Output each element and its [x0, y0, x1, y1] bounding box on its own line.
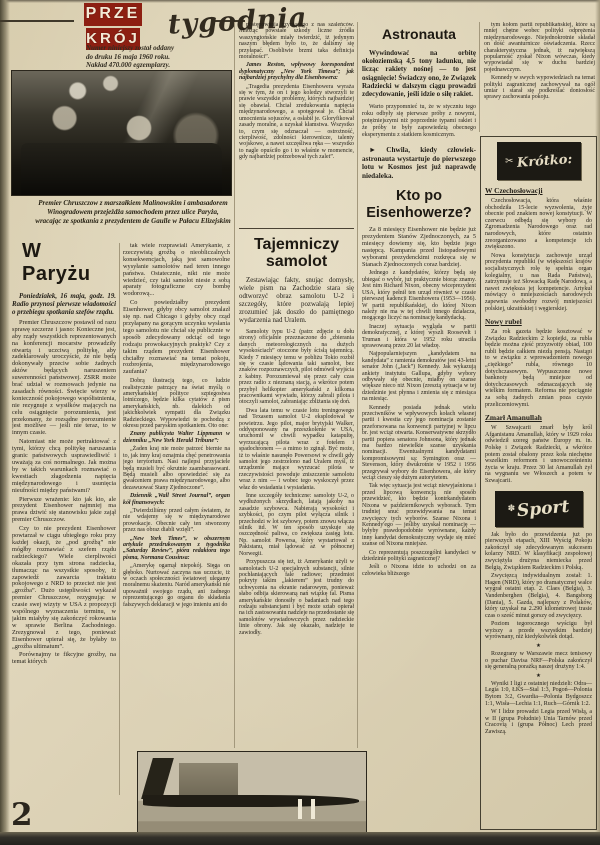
section-title-zmarl-amanullah: Zmarł Amanullah — [485, 413, 592, 422]
paragraph: Czechosłowacja, która właśnie obchodziła… — [485, 198, 592, 251]
section-title-nowy-rubel: Nowy rubel — [485, 317, 592, 326]
paragraph: postępowania czyniącego z nas szaleńców.… — [239, 22, 354, 60]
paragraph: Poziom tegorocznego wyścigu był wyższy a… — [485, 621, 592, 641]
paragraph: Nowa konstytucja zachowuje urząd prezyde… — [485, 253, 592, 312]
paragraph: W Szwajcarii zmarł były król Afganistanu… — [485, 425, 592, 484]
paragraph: Premier Chruszczow postawił od razu spra… — [12, 320, 116, 437]
paragraph: Zwycięzcą indywidualnym został: 1. Hagen… — [485, 573, 592, 619]
press-quote: „Twierdziliśmy przed całym światem, że n… — [123, 508, 230, 534]
page-edge-bottom — [0, 832, 600, 845]
car-shape — [21, 143, 222, 195]
headline-kto-po-eisenhowerze: Kto po Eisenhowerze? — [362, 188, 476, 221]
column-4: Astronauta Wywindować na orbitę okołozie… — [362, 22, 476, 834]
column-2: tak wiele rozprawiali Amerykanie, z rzec… — [123, 243, 230, 746]
quote-attribution: „New York Times”, w obszernym artykule p… — [123, 536, 230, 562]
paragraph: tym kołom partii republikańskiej, które … — [484, 22, 595, 73]
khrushchev-motorcade-photo — [12, 71, 231, 195]
motorcade-photo-caption: Premier Chruszczow z marszałkiem Malinow… — [34, 199, 232, 226]
paragraph: Jednego z kandydatów, którzy będą się ub… — [362, 270, 476, 321]
logo-block-prze: PRZE — [84, 3, 142, 26]
newspaper-page: PRZE KRÓJ tygodnia Numer niniejszy zosta… — [0, 0, 600, 845]
paragraph: Kennedy posiada jednak wielu przeciwnikó… — [362, 405, 476, 482]
column-rule-2 — [234, 22, 235, 748]
press-quote: „Amerykę ogarnął niepokój. Sięga on głęb… — [123, 563, 230, 608]
hangar-shape — [179, 763, 238, 796]
astronauta-note: Warto przypomnieć tu, że w styczniu tego… — [362, 104, 476, 139]
paragraph: Dwa lata temu w czasie lotu treningowego… — [239, 408, 354, 491]
paragraph: Co reprezentują poszczególni kandydaci w… — [362, 550, 476, 563]
person-figure — [298, 797, 302, 819]
paragraph: Tak więc sytuacja jest wciąż niewyjaśnio… — [362, 483, 476, 547]
star-separator-icon: ★ — [485, 643, 592, 650]
sport-logo: ✽ Sport — [495, 491, 583, 527]
print-note-line3: Nakład 470.000 egzemplarzy. — [86, 61, 246, 70]
astronauta-lead: Wywindować na orbitę okołoziemską 4,5 to… — [362, 49, 476, 98]
paragraph: Jeśli o Nixona idzie to uchodzi on za cz… — [362, 564, 476, 577]
paragraph: Inaczej sytuacja wygląda w partii demokr… — [362, 324, 476, 350]
column-rule-1 — [119, 243, 120, 795]
paragraph: Samoloty typu U-2 (patrz zdjęcie u dołu … — [239, 329, 354, 406]
paragraph: Jak było do przewidzenia już po pierwszy… — [485, 532, 592, 572]
column-5-top: tym kołom partii republikańskiej, które … — [484, 22, 595, 134]
paragraph: Przypuszcza się też, iż Amerykanie użyli… — [239, 559, 354, 636]
column-1: W Paryżu Poniedziałek, 16 maja, godz. 19… — [12, 238, 116, 796]
person-figure — [311, 797, 315, 819]
paragraph: Za rok gazeta będzie kosztować w Związku… — [485, 329, 592, 408]
paragraph: Kennedy w swych wypowiedziach na temat p… — [484, 75, 595, 101]
column-rule-4 — [479, 22, 480, 132]
page-number: 2 — [11, 797, 33, 833]
krotko-logo-text: Krótko: — [516, 152, 572, 171]
przekroj-logo: PRZE KRÓJ — [84, 3, 142, 50]
page-edge-left — [0, 0, 10, 845]
print-run-note: Numer niniejszy został oddany do druku 1… — [86, 44, 246, 70]
press-quote: „Żaden kraj nie może patrzeć biernie na … — [123, 446, 230, 491]
print-note-line1: Numer niniejszy został oddany — [86, 44, 246, 53]
astronauta-highlight: ► Chwila, kiedy człowiek-astronauta wyst… — [362, 146, 476, 180]
paragraph: Pierwsze wrażenie: kto jak kto, ale prez… — [12, 497, 116, 525]
paragraph: Za 8 miesięcy Eisenhower nie będzie już … — [362, 227, 476, 268]
quote-attribution: James Reston, wpływowy korespondent dypl… — [239, 62, 354, 81]
paragraph: Czy to nie prezydent Eisenhower powtarza… — [12, 526, 116, 650]
paragraph: Najpopularniejszym „kandydatem na kandyd… — [362, 351, 476, 402]
headline-w-paryzu: W Paryżu — [22, 240, 116, 286]
krotko-box: ✂ Krótko: W Czechosłowacji Czechosłowacj… — [480, 136, 597, 830]
masthead-rule-left — [0, 20, 74, 22]
column-3-top: postępowania czyniącego z nas szaleńców.… — [239, 22, 354, 226]
krotko-logo: ✂ Krótko: — [497, 142, 581, 180]
paragraph: Inne szczegóły techniczne: samoloty U-2,… — [239, 493, 354, 557]
tajemniczy-lead: Zestawiając fakty, snując domysły, wiele… — [239, 277, 354, 325]
plane-fuselage-shape — [143, 795, 360, 807]
paragraph: Dobrą ilustracją tego, co ludzie realist… — [123, 378, 230, 429]
quote-attribution: Znany publicysta Walter Lippmann w dzien… — [123, 431, 230, 444]
w-paryzu-lead: Poniedziałek, 16 maja, godz. 19. Radio p… — [12, 293, 116, 317]
section-title-czechoslowacja: W Czechosłowacji — [485, 186, 592, 195]
sport-logo-text: Sport — [516, 496, 570, 520]
paragraph: Natomiast nie może pertraktować z tymi, … — [12, 439, 116, 494]
headline-astronauta: Astronauta — [362, 26, 476, 42]
headline-tajemniczy-samolot: Tajemniczy samolot — [239, 236, 354, 270]
column-3-tajemniczy: Tajemniczy samolot Zestawiając fakty, sn… — [239, 228, 354, 749]
plane-tailfin-shape — [141, 758, 173, 799]
paragraph: Wyniki I ligi z ostatniej niedzieli: Odr… — [485, 681, 592, 707]
paragraph: Porównajmy te fikcyjne groźby, na temat … — [12, 652, 116, 666]
paragraph: Rozegrany w Warszawie mecz tenisowy o pu… — [485, 651, 592, 671]
star-separator-icon: ★ — [485, 673, 592, 680]
scissors-icon: ✂ — [505, 156, 513, 167]
paragraph: W I lidze prowadzi Legia przed Wisłą, a … — [485, 709, 592, 735]
paragraph: tak wiele rozprawiali Amerykanie, z rzec… — [123, 243, 230, 298]
column-rule-3 — [357, 22, 358, 748]
press-quote: „Tragedia prezydenta Eisenhowera wyraża … — [239, 84, 354, 161]
paragraph: Co powiedziałby prezydent Eisenhower, gd… — [123, 300, 230, 376]
print-note-line2: do druku 16 maja 1960 roku. — [86, 53, 246, 62]
sport-ornament-icon: ✽ — [508, 503, 516, 514]
quote-attribution: Dziennik „Wall Street Journal”, organ kó… — [123, 493, 230, 506]
